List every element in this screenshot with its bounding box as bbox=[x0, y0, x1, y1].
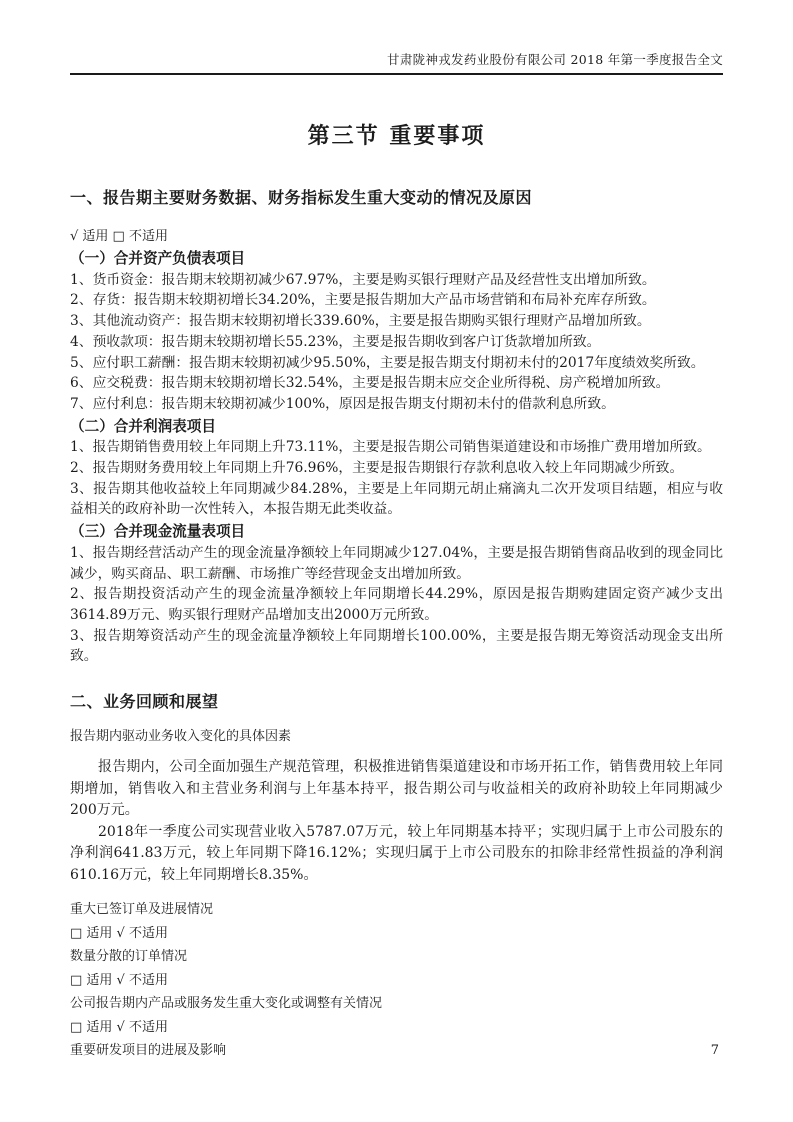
statement-label: 数量分散的订单情况 bbox=[70, 945, 723, 969]
section-one-heading: 一、报告期主要财务数据、财务指标发生重大变动的情况及原因 bbox=[70, 187, 723, 209]
section-title: 第三节 重要事项 bbox=[70, 121, 723, 151]
business-review-paragraph: 报告期内，公司全面加强生产规范管理，积极推进销售渠道建设和市场开拓工作，销售费用… bbox=[70, 757, 723, 822]
balance-sheet-item: 7、应付利息：报告期末较期初减少100%，原因是报告期支付期初未付的借款利息所致… bbox=[70, 394, 723, 415]
balance-sheet-heading: （一）合并资产负债表项目 bbox=[70, 249, 723, 270]
balance-sheet-item: 4、预收款项：报告期末较期初增长55.23%，主要是报告期收到客户订货款增加所致… bbox=[70, 332, 723, 353]
income-statement-item: 1、报告期销售费用较上年同期上升73.11%，主要是报告期公司销售渠道建设和市场… bbox=[70, 437, 723, 458]
header-text: 甘肃陇神戎发药业股份有限公司 2018 年第一季度报告全文 bbox=[387, 52, 723, 67]
revenue-driver-label: 报告期内驱动业务收入变化的具体因素 bbox=[70, 729, 723, 745]
balance-sheet-item: 1、货币资金：报告期末较期初减少67.97%，主要是购买银行理财产品及经营性支出… bbox=[70, 270, 723, 291]
closing-statements: 重大已签订单及进展情况 □ 适用 √ 不适用 数量分散的订单情况 □ 适用 √ … bbox=[70, 898, 723, 1063]
applicable-line: √ 适用 □ 不适用 bbox=[70, 227, 723, 247]
page-number: 7 bbox=[711, 1043, 719, 1058]
balance-sheet-item: 5、应付职工薪酬：报告期末较期初减少95.50%，主要是报告期支付期初未付的20… bbox=[70, 353, 723, 374]
applicable-line: □ 适用 √ 不适用 bbox=[70, 922, 723, 946]
page-header: 甘肃陇神戎发药业股份有限公司 2018 年第一季度报告全文 bbox=[70, 52, 723, 75]
statement-label: 公司报告期内产品或服务发生重大变化或调整有关情况 bbox=[70, 992, 723, 1016]
balance-sheet-item: 2、存货：报告期末较期初增长34.20%，主要是报告期加大产品市场营销和布局补充… bbox=[70, 290, 723, 311]
cash-flow-heading: （三）合并现金流量表项目 bbox=[70, 522, 723, 543]
cash-flow-item: 3、报告期筹资活动产生的现金流量净额较上年同期增长100.00%，主要是报告期无… bbox=[70, 626, 723, 667]
cash-flow-item: 1、报告期经营活动产生的现金流量净额较上年同期减少127.04%，主要是报告期销… bbox=[70, 543, 723, 584]
income-statement-heading: （二）合并利润表项目 bbox=[70, 417, 723, 438]
balance-sheet-item: 3、其他流动资产：报告期末较期初增长339.60%，主要是报告期购买银行理财产品… bbox=[70, 311, 723, 332]
income-statement-item: 2、报告期财务费用较上年同期上升76.96%，主要是报告期银行存款利息收入较上年… bbox=[70, 458, 723, 479]
applicable-line: □ 适用 √ 不适用 bbox=[70, 1016, 723, 1040]
business-review-paragraph: 2018年一季度公司实现营业收入5787.07万元，较上年同期基本持平；实现归属… bbox=[70, 822, 723, 887]
section-two-heading: 二、业务回顾和展望 bbox=[70, 691, 723, 713]
balance-sheet-item: 6、应交税费：报告期末较期初增长32.54%，主要是报告期末应交企业所得税、房产… bbox=[70, 373, 723, 394]
document-page: 甘肃陇神戎发药业股份有限公司 2018 年第一季度报告全文 第三节 重要事项 一… bbox=[0, 0, 793, 1122]
statement-label: 重大已签订单及进展情况 bbox=[70, 898, 723, 922]
applicable-line: □ 适用 √ 不适用 bbox=[70, 969, 723, 993]
income-statement-item: 3、报告期其他收益较上年同期减少84.28%，主要是上年同期元胡止痛滴丸二次开发… bbox=[70, 479, 723, 520]
cash-flow-item: 2、报告期投资活动产生的现金流量净额较上年同期增长44.29%，原因是报告期购建… bbox=[70, 584, 723, 625]
statement-label: 重要研发项目的进展及影响 bbox=[70, 1039, 723, 1063]
